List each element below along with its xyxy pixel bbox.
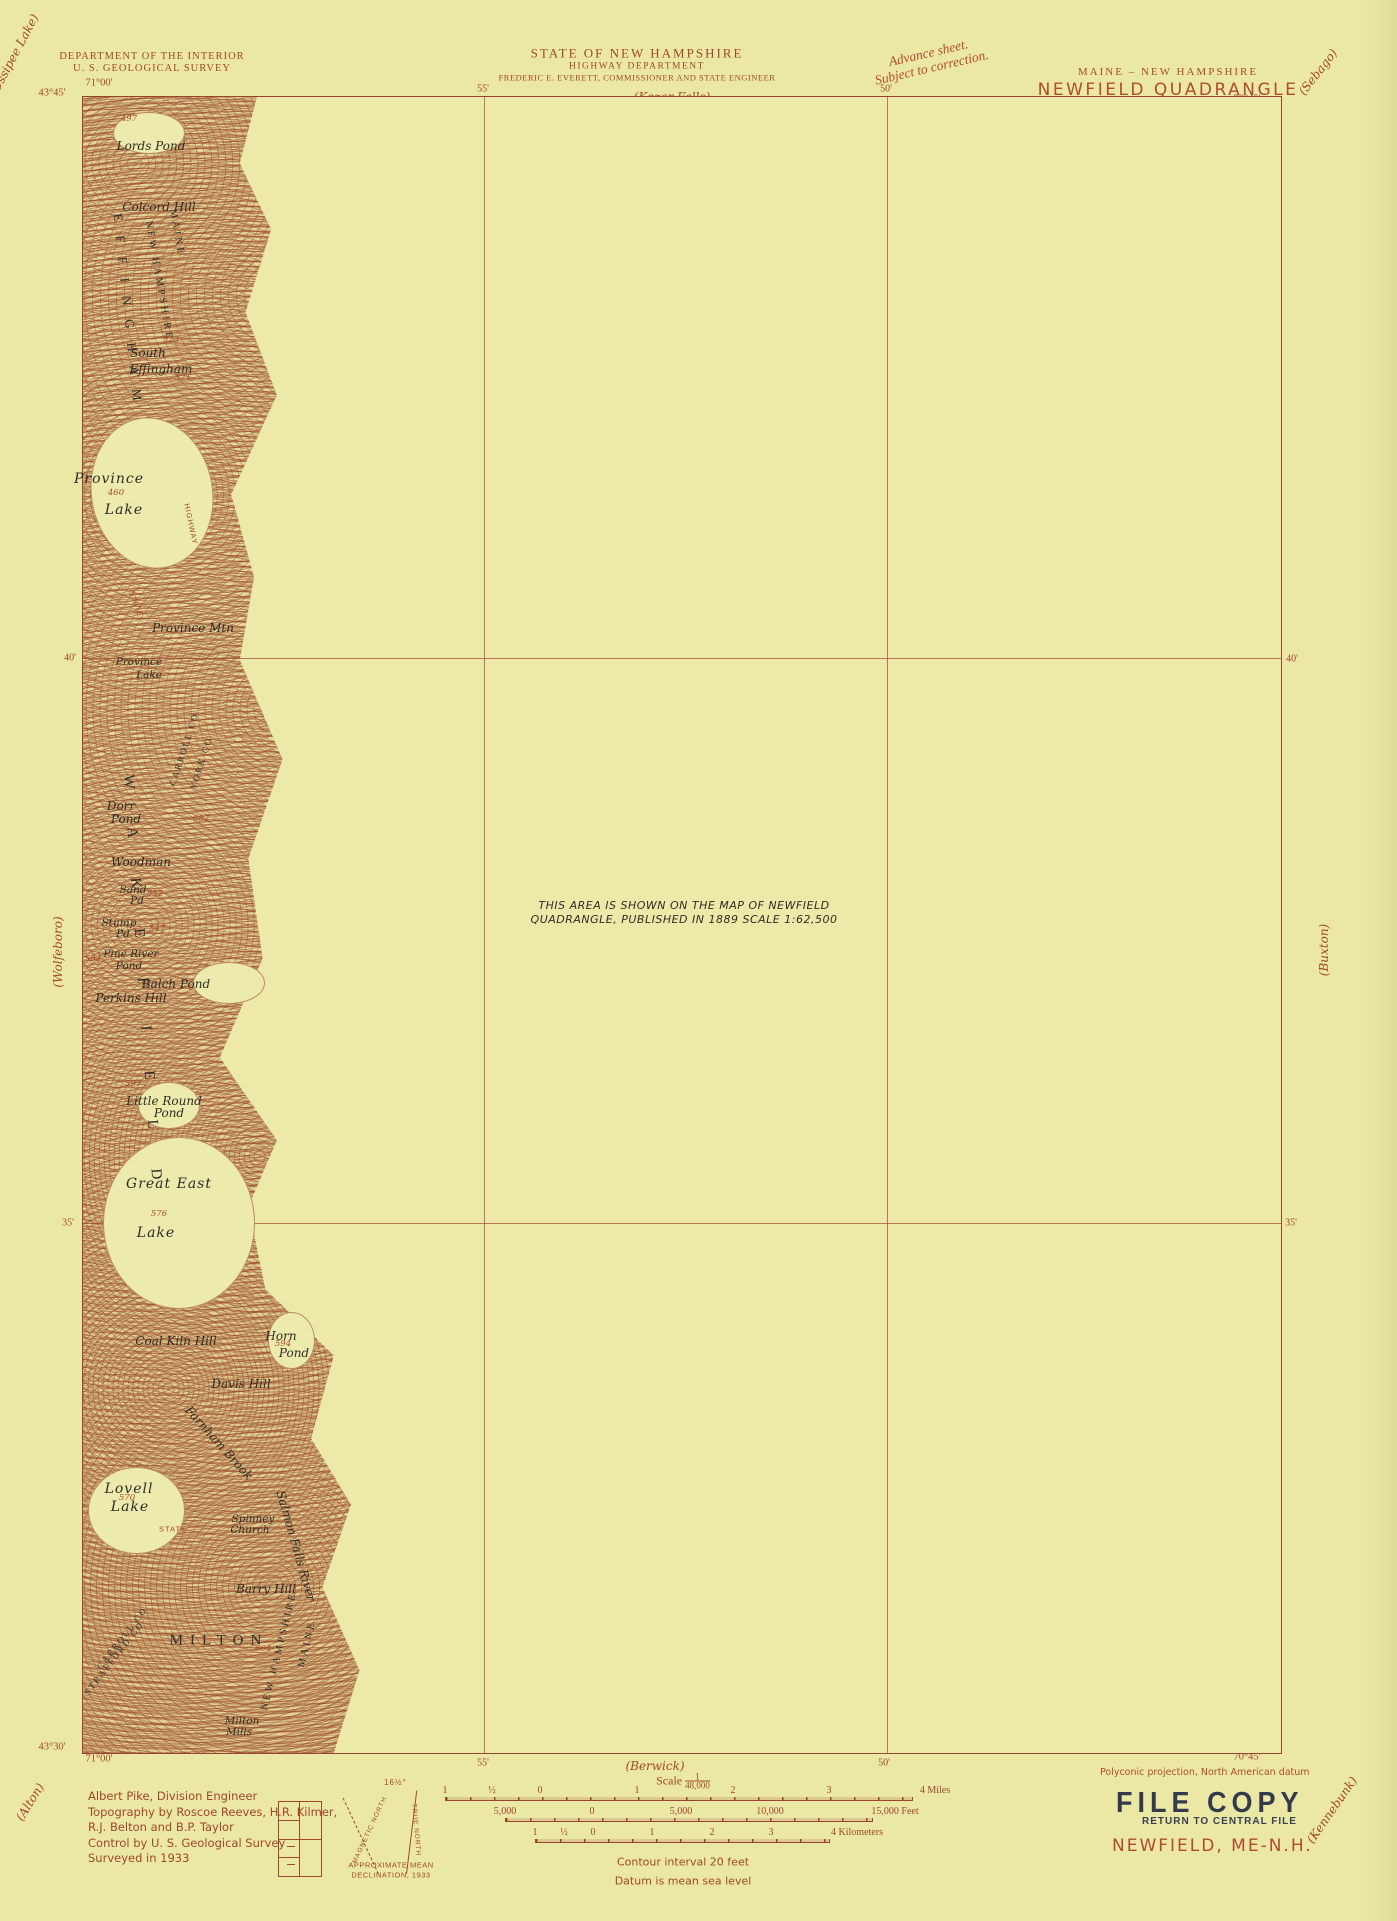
map-label: 547 [149,924,165,934]
map-label: NEW HAMPSHIRE [143,220,175,342]
tick-right-35: 35' [1285,1218,1297,1229]
map-label: Balch Pond [142,977,210,991]
scalebar-label: 3 [827,1785,832,1796]
scalebar-label: ½ [488,1785,496,1796]
map-label: EFFINGHAM [109,213,146,415]
scalebar-feet-bar [505,1818,873,1822]
map-label: 576 [151,1209,167,1219]
map-label: Great East [126,1176,212,1192]
map-label: Pond [154,1106,184,1120]
map-label: Lake [137,1225,175,1241]
map-label: 594 [85,954,101,964]
map-label: Pd [130,895,144,907]
agency-heading: DEPARTMENT OF THE INTERIOR U. S. GEOLOGI… [59,51,244,75]
scalebar-label: 5,000 [670,1806,693,1817]
tick-bottom-50: 50' [878,1758,890,1769]
scalebar-miles-bar [445,1797,913,1801]
scalebar-label: 4 Miles [920,1785,950,1796]
datum-note: Datum is mean sea level [615,1875,752,1888]
adjoining-right: (Buxton) [1317,924,1331,976]
corner-top-left-lon: 71°00' [85,78,112,89]
scalebar-label: 4 Kilometers [831,1827,883,1838]
map-label: Colcord Hill [122,200,195,214]
map-label: 521 [175,373,191,383]
map-label: South [130,346,166,360]
map-label: Province [116,656,163,668]
map-label: Farnham Brook [182,1403,256,1483]
map-label: YORK CO [188,736,214,791]
corner-bottom-left-lon: 71°00' [85,1754,112,1765]
map-label: MAINE [167,209,186,258]
scalebar-label: 1 [443,1785,448,1796]
map-label: 597 [125,1079,141,1089]
advance-note: Advance sheet. Subject to correction. [870,32,990,87]
map-label: STRAFFORD CO [82,1619,146,1697]
scalebar-label: 2 [731,1785,736,1796]
map-label: Church [230,1524,269,1536]
map-label: Perkins Hill [95,991,166,1005]
scalebar-label: 1 [533,1827,538,1838]
tick-right-40: 40' [1286,654,1298,665]
scalebar-label: ½ [560,1827,568,1838]
map-label: 523 [163,335,179,345]
location-index-diagram [278,1801,322,1877]
scalebar-label: 10,000 [756,1806,784,1817]
adjoining-bottom-left: (Alton) [13,1781,47,1824]
tick-top-50: 50' [880,84,892,95]
tick-left-35: 35' [62,1218,74,1229]
map-area: Lords Pond497Colcord HillMAINENEW HAMPSH… [82,96,1282,1754]
return-to-central-file-stamp: RETURN TO CENTRAL FILE [1142,1816,1297,1827]
corner-top-left-lat: 43°45' [38,88,65,99]
map-label: Pond [111,812,141,826]
corner-bottom-left-lat: 43°30' [38,1742,65,1753]
scalebar-feet: 5,00005,00010,00015,000 Feet [505,1806,873,1824]
map-label: Province [74,471,144,487]
true-north-label: TRUE NORTH [410,1804,422,1857]
region-title: MAINE – NEW HAMPSHIRE [1078,66,1258,78]
scalebar-km: 1½01234 Kilometers [535,1827,830,1845]
tick-top-55: 55' [477,84,489,95]
file-copy-stamp: FILE COPY [1116,1787,1304,1820]
map-label: 497 [121,114,137,124]
adjoining-bottom: (Berwick) [625,1759,684,1773]
scalebar-label: 5,000 [494,1806,517,1817]
scalebar-label: 1 [635,1785,640,1796]
declination-angle: 16½° [384,1778,407,1787]
map-sheet: DEPARTMENT OF THE INTERIOR U. S. GEOLOGI… [0,0,1397,1921]
adjoining-top-left: (Ossipee Lake) [0,12,41,99]
map-label: Pine River [103,948,158,960]
map-label: Pd [116,928,130,940]
map-label: MILTON [170,1633,269,1650]
map-label: 552 [147,889,163,899]
scalebar-label: 0 [590,1806,595,1817]
projection-note: Polyconic projection, North American dat… [1100,1767,1280,1778]
scalebar-label: 2 [710,1827,715,1838]
scalebar-label: 3 [769,1827,774,1838]
tick-bottom-55: 55' [477,1758,489,1769]
scalebar-miles: 1½01234 Miles [445,1785,913,1803]
tick-left-40: 40' [64,653,76,664]
sheet-name: NEWFIELD, ME-N.H. [1112,1836,1313,1856]
agency-line1: DEPARTMENT OF THE INTERIOR [59,51,244,63]
map-label: Lake [105,502,143,518]
area-note: THIS AREA IS SHOWN ON THE MAP OF NEWFIEL… [531,899,838,927]
map-label: MAINE [296,1619,318,1668]
map-label: HIGHWAY [182,503,200,546]
state-line3: FREDERIC E. EVERETT, COMMISSIONER AND ST… [499,73,776,83]
map-label: STATE [127,589,145,618]
state-line2: HIGHWAY DEPARTMENT [499,62,776,73]
adjoining-top-right: (Sebago) [1296,46,1341,98]
state-line1: STATE OF NEW HAMPSHIRE [499,46,776,62]
map-label: 664 [255,1644,271,1654]
scalebar-label: 15,000 Feet [871,1806,918,1817]
map-label: 460 [108,488,124,498]
map-label: STATE [159,1525,187,1534]
map-label: 682 [193,814,209,824]
map-label: Coal Kiln Hill [135,1334,216,1348]
map-label: Mills [226,1726,252,1738]
map-label: Woodman [111,855,171,869]
scalebar-label: 0 [538,1785,543,1796]
agency-line2: U. S. GEOLOGICAL SURVEY [59,63,244,75]
state-heading: STATE OF NEW HAMPSHIRE HIGHWAY DEPARTMEN… [499,46,776,83]
scalebar-label: 1 [650,1827,655,1838]
map-label: Pond [279,1346,309,1360]
adjoining-left: (Wolfeboro) [51,916,65,987]
map-label: Province Mtn [152,621,234,635]
contour-interval-note: Contour interval 20 feet [617,1856,749,1869]
scalebar-label: 0 [591,1827,596,1838]
declination-note1: APPROXIMATE MEAN [348,1861,433,1870]
map-label: Davis Hill [211,1377,270,1391]
map-label: Lords Pond [117,139,186,153]
map-label: Pond [116,960,142,972]
scalebar-km-bar [535,1839,830,1843]
map-label: Dorr [107,799,135,813]
map-label: Lake [136,669,162,681]
map-label: Lake [111,1499,149,1515]
declination-note2: DECLINATION, 1933 [351,1871,430,1880]
